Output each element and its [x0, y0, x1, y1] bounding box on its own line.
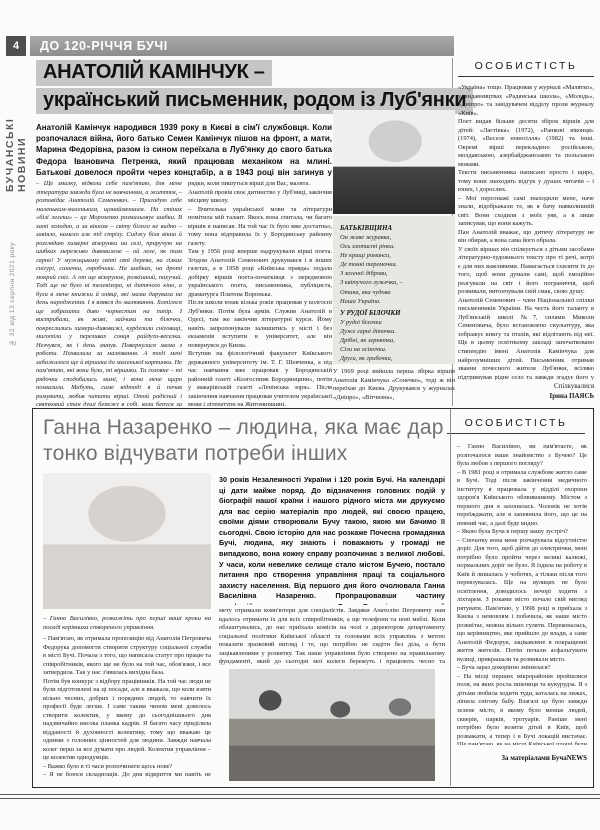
byline-label: Спілкувалися	[458, 382, 594, 392]
poems-box: БАТЬКІВЩИНА Он живе журавка, Ось злотист…	[333, 216, 455, 364]
meeting-photo	[229, 669, 435, 781]
byline-name: Ірина ПАЯСЬ	[458, 392, 594, 402]
article2-headline: Ганна Назаренко – людина, яка має дар то…	[43, 415, 447, 467]
article2-lead: 30 років Незалежності України і 120 рокі…	[219, 475, 445, 605]
article1-column-2: рядки, коли пишуться вірші для Вас, маля…	[188, 180, 332, 406]
article2-column-divider	[450, 409, 451, 786]
section-label-personality: ОСОБИСТІСТЬ	[458, 60, 594, 77]
poem1-title: БАТЬКІВЩИНА	[340, 225, 448, 232]
article1-headline-line1: АНАТОЛІЙ КАМІНЧУК –	[36, 60, 272, 86]
article2-box: ОСОБИСТІСТЬ Ганна Назаренко – людина, як…	[32, 408, 594, 788]
article1-lead: Анатолій Камінчук народився 1939 року в …	[36, 122, 332, 176]
kicker-bar: ДО 120-РІЧЧЯ БУЧІ	[30, 36, 454, 56]
article2-middle-column: мету отримали комп'ютери для спеціалісті…	[219, 607, 445, 667]
article1-headline: АНАТОЛІЙ КАМІНЧУК – український письменн…	[36, 60, 473, 116]
article1-column-1: – Ще змалку, відколи себе пам'ятаю, для …	[36, 180, 182, 406]
credit-line: За матеріалами БучаNEWS	[457, 755, 587, 762]
page-number: 4	[6, 36, 26, 56]
bottom-rule	[0, 794, 600, 799]
poem2-title: У РУДОЇ БІЛОЧКИ	[340, 310, 448, 317]
poem1-text: Он живе журавка, Ось злотисті рінки. Не …	[340, 233, 448, 306]
author-portrait-photo	[333, 110, 455, 214]
article2-left-column: – Пам'ятаю, як отримала пропозицію від А…	[43, 635, 211, 781]
article1-column-3: У 1969 році вийшла перша збірка віршів А…	[333, 368, 455, 408]
article1-right-column: «Україна» тощо. Працював у журналі «Маля…	[458, 84, 594, 380]
issue-info-vertical: № 32 від 13 серпня 2021 року	[9, 196, 16, 346]
article2-section-label: ОСОБИСТІСТЬ	[447, 417, 585, 434]
article2-left-question: – Ганно Василівно, розкажіть про перші в…	[43, 615, 211, 633]
newspaper-page: 4 ДО 120-РІЧЧЯ БУЧІ БУЧАНСЬКІ НОВИНИ № 3…	[0, 0, 600, 830]
masthead-vertical: БУЧАНСЬКІ НОВИНИ	[4, 62, 28, 192]
interviewee-photo	[43, 473, 211, 609]
poem2-text: У рудої білочки Дуже гарні діточки. Дріб…	[340, 318, 448, 364]
byline: Спілкувалися Ірина ПАЯСЬ	[458, 382, 594, 401]
article2-right-column: – Ганно Василівно, ви пам'ятаєте, як роз…	[457, 443, 587, 745]
